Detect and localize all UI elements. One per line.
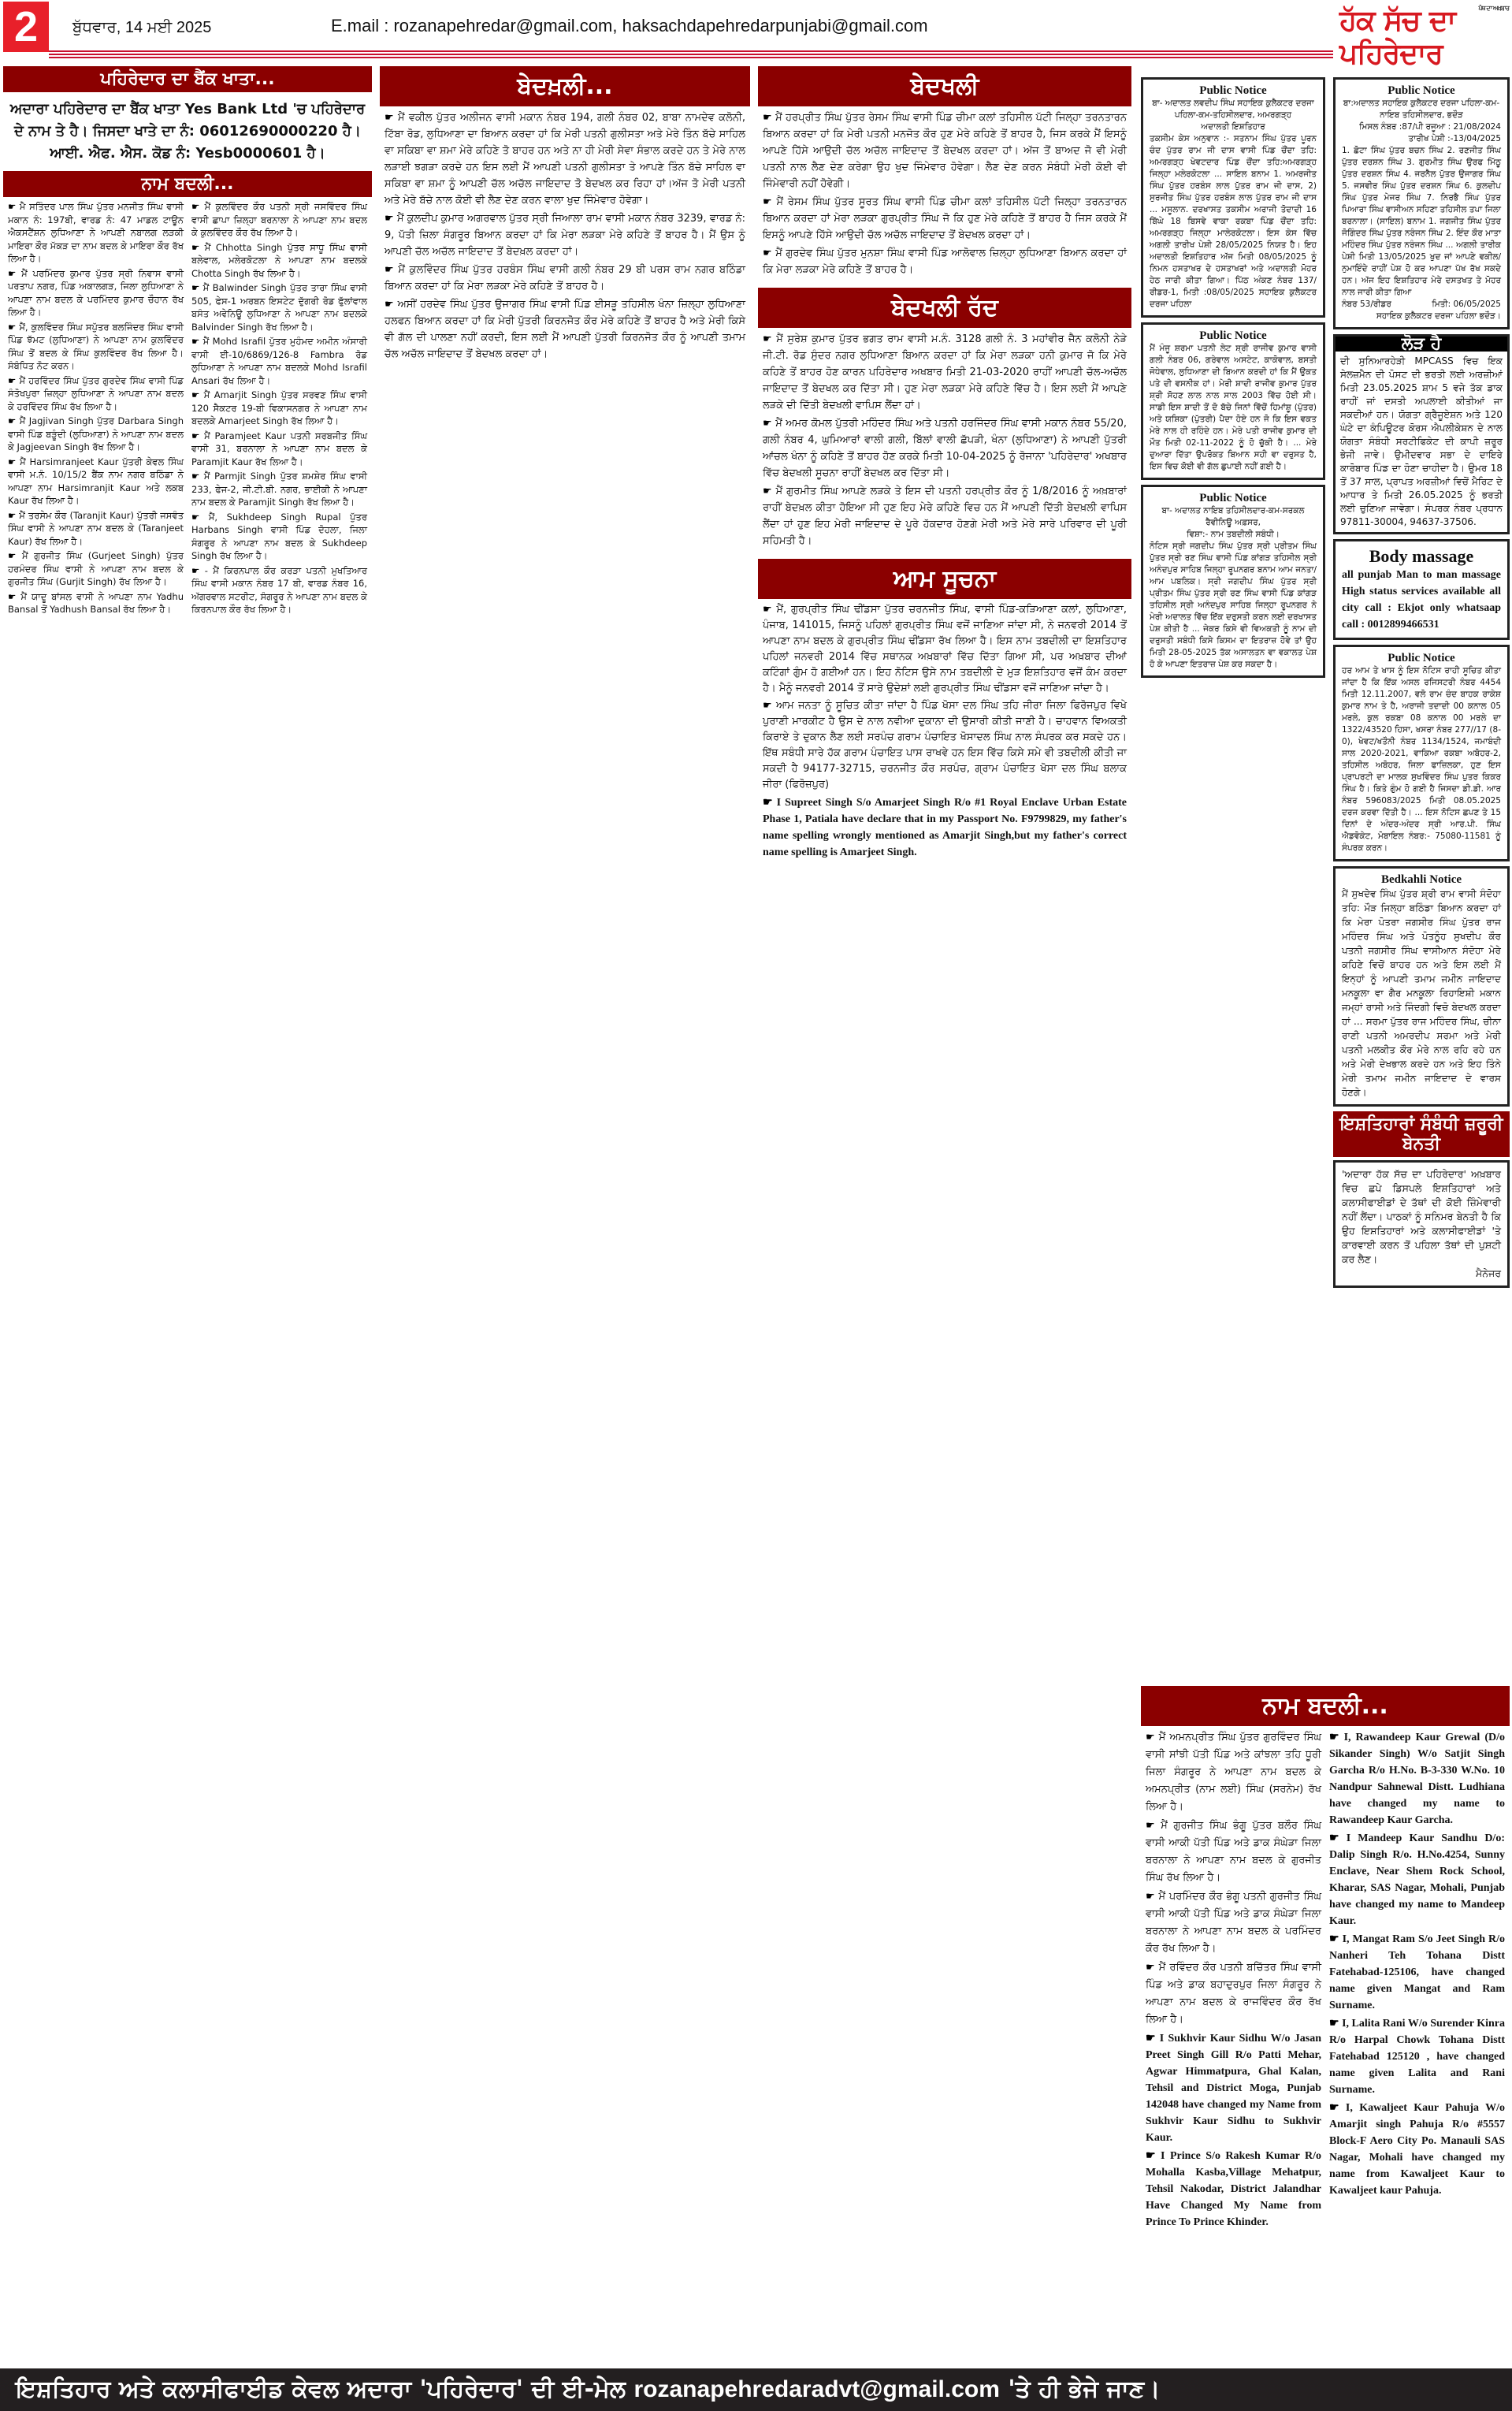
list-item: ਮੈਂ, ਕੁਲਵਿੰਦਰ ਸਿੰਘ ਸਪੁੱਤਰ ਬਲਜਿੰਦਰ ਸਿੰਘ ਵ… xyxy=(8,321,184,373)
list-item: I Sukhvir Kaur Sidhu W/o Jasan Preet Sin… xyxy=(1146,2030,1321,2146)
ad-request-box: 'ਅਦਾਰਾ ਹੱਕ ਸੱਚ ਦਾ ਪਹਿਰੇਦਾਰ' ਅਖ਼ਬਾਰ ਵਿਚ ਛ… xyxy=(1333,1160,1510,1288)
namechange-heading: ਨਾਮ ਬਦਲੀ... xyxy=(3,171,372,197)
ad-title: Body massage xyxy=(1342,546,1501,567)
notice-body: 1. ਛੋਟਾ ਸਿੰਘ ਪੁੱਤਰ ਬਚਨ ਸਿੰਘ 2. ਰਣਜੀਤ ਸਿੰ… xyxy=(1342,145,1501,299)
list-item: ਮੈਂ Mohd Israfil ਪੁੱਤਰ ਮੁਹੰਮਦ ਅਮੀਨ ਅੰਸਾਰ… xyxy=(191,335,367,387)
public-notice-box: Public Notice ਮੈਂ ਮੰਜੂ ਸ਼ਰਮਾ ਪਤਨੀ ਲੇਟ ਸ਼… xyxy=(1141,322,1325,480)
ad-body: all punjab Man to man massage High statu… xyxy=(1342,567,1501,633)
list-item: ਮੈਂ Jagjivan Singh ਪੁੱਤਰ Darbara Singh ਵ… xyxy=(8,415,184,454)
list-item: ਮੈਂ, Sukhdeep Singh Rupal ਪੁੱਤਰ Harbans … xyxy=(191,511,367,563)
public-notice-box: Public Notice ਹਰ ਆਮ ਤੇ ਖਾਸ ਨੂੰ ਇਸ ਨੋਟਿਸ … xyxy=(1333,645,1510,861)
column-ads: Public Notice ਬਾ:ਅਦਾਲਤ ਸਹਾਇਕ ਕੁਲੈਕਟਰ ਦਰਜ… xyxy=(1333,63,1510,1293)
notice-title: Bedkahli Notice xyxy=(1342,873,1501,887)
notice-date: ਮਿਤੀ: 06/05/2025 xyxy=(1432,299,1501,311)
public-notice-box: Public Notice ਬਾ- ਅਦਾਲਤ ਨਾਇਬ ਤਹਿਸੀਲਦਾਰ-ਕ… xyxy=(1141,485,1325,678)
notice-title: Public Notice xyxy=(1342,652,1501,665)
massage-ad: Body massage all punjab Man to man massa… xyxy=(1333,539,1510,640)
list-item: ਮੈਂ Parmjit Singh ਪੁੱਤਰ ਸ਼ਮਸ਼ੇਰ ਸਿੰਘ ਵਾਸ… xyxy=(191,470,367,509)
notice-court: ਬਾ- ਅਦਾਲਤ ਲਵਦੀਪ ਸਿੰਘ ਸਹਾਇਕ ਕੁਲੈਕਟਰ ਦਰਜਾ … xyxy=(1150,98,1317,121)
list-item: ਮੈਂ Balwinder Singh ਪੁੱਤਰ ਤਾਰਾ ਸਿੰਘ ਵਾਸੀ… xyxy=(191,281,367,333)
notice-body: ਮੈਂ ਮੰਜੂ ਸ਼ਰਮਾ ਪਤਨੀ ਲੇਟ ਸ਼੍ਰੀ ਰਾਜੀਵ ਕੁਮਾ… xyxy=(1150,343,1317,473)
list-item: ਮੈ ਸਤਿੰਦਰ ਪਾਲ ਸਿੰਘ ਪੁੱਤਰ ਮਨਜੀਤ ਸਿੰਘ ਵਾਸੀ… xyxy=(8,200,184,266)
notice-signature: ਸਹਾਇਕ ਕੁਲੈਕਟਰ ਦਰਜਾ ਪਹਿਲਾ ਭਦੌੜ। xyxy=(1342,311,1501,322)
notice-body: ਨੋਟਿਸ ਸ੍ਰੀ ਜਗਦੀਪ ਸਿੰਘ ਪੁੱਤਰ ਸ੍ਰੀ ਪ੍ਰੀਤਮ … xyxy=(1150,541,1317,671)
list-item: ਮੈਂ ਗੁਰਮੀਤ ਸਿੰਘ ਆਪਣੇ ਲੜਕੇ ਤੇ ਇਸ ਦੀ ਪਤਨੀ … xyxy=(763,483,1127,549)
list-item: ਮੈਂ ਕੁਲਦੀਪ ਕੁਮਾਰ ਅਗਰਵਾਲ ਪੁੱਤਰ ਸ੍ਰੀ ਜਿਆਲਾ… xyxy=(385,210,745,260)
masthead: 2 ਬੁੱਧਵਾਰ, 14 ਮਈ 2025 E.mail : rozanapeh… xyxy=(0,0,1512,59)
list-item: ਮੈਂ ਗੁਰਜੀਤ ਸਿੰਘ ਭੰਗੂ ਪੁੱਤਰ ਬਲੌਰ ਸਿੰਘ ਵਾਸ… xyxy=(1146,1818,1321,1887)
list-item: ਮੈਂ ਪਰਮਿੰਦਰ ਕੌਰ ਭੰਗੂ ਪਤਨੀ ਗੁਰਜੀਤ ਸਿੰਘ ਵਾ… xyxy=(1146,1888,1321,1958)
header-rule xyxy=(49,50,1333,60)
notice-court: ਬਾ- ਅਦਾਲਤ ਨਾਇਬ ਤਹਿਸੀਲਦਾਰ-ਕਮ-ਸਰਕਲ ਰੈਵੀਨਿਊ… xyxy=(1150,505,1317,529)
list-item: ਮੈਂ ਰਵਿੰਦਰ ਕੌਰ ਪਤਨੀ ਬਚਿੱਤਰ ਸਿੰਘ ਵਾਸੀ ਪਿੰ… xyxy=(1146,1959,1321,2029)
list-item: ਮੈਂ Amarjit Singh ਪੁੱਤਰ ਸਰਵਣ ਸਿੰਘ ਵਾਸੀ 1… xyxy=(191,389,367,428)
bedkahli-notice-box: Bedkahli Notice ਮੈਂ ਸੁਖਦੇਵ ਸਿੰਘ ਪੁੱਤਰ ਸ਼… xyxy=(1333,866,1510,1107)
notice-subtitle: ਅਦਾਲਤੀ ਇਸ਼ਤਿਹਾਰ xyxy=(1150,121,1317,133)
wanted-heading: ਲੋੜ ਹੈ xyxy=(1336,337,1507,352)
public-notice-box: Public Notice ਬਾ:ਅਦਾਲਤ ਸਹਾਇਕ ਕੁਲੈਕਟਰ ਦਰਜ… xyxy=(1333,77,1510,329)
notice-title: Public Notice xyxy=(1342,84,1501,98)
list-item: I, Rawandeep Kaur Grewal (D/o Sikander S… xyxy=(1329,1729,1505,1829)
list-item: ਮੈਂ ਤਰਸੇਮ ਕੌਰ (Taranjit Kaur) ਪੁੱਤਰੀ ਜਸਵ… xyxy=(8,509,184,549)
list-item: ਮੈਂ ਕੁਲਵਿੰਦਰ ਕੌਰ ਪਤਨੀ ਸ੍ਰੀ ਜਸਵਿੰਦਰ ਸਿੰਘ … xyxy=(191,200,367,240)
disinheritance-cancel-heading: ਬੇਦਖਲੀ ਰੱਦ xyxy=(758,288,1131,328)
notice-subtitle: ਵਿਸ਼ਾ:- ਨਾਮ ਤਬਦੀਲੀ ਸਬੰਧੀ। xyxy=(1150,529,1317,541)
list-item: ਮੈਂ ਕੁਲਵਿੰਦਰ ਸਿੰਘ ਪੁੱਤਰ ਹਰਬੰਸ ਸਿੰਘ ਵਾਸੀ … xyxy=(385,262,745,295)
footer-text: ਇਸ਼ਤਿਹਾਰ ਅਤੇ ਕਲਾਸੀਫਾਈਡ ਕੇਵਲ ਅਦਾਰਾ 'ਪਹਿਰੇ… xyxy=(16,2376,626,2403)
column-disinheritance-1: ਬੇਦਖ਼ਲੀ... ਮੈਂ ਵਕੀਲ ਪੁੱਤਰ ਅਲੀਜਨ ਵਾਸੀ ਮਕਾ… xyxy=(380,63,750,364)
footer-suffix: 'ਤੇ ਹੀ ਭੇਜੇ ਜਾਣ। xyxy=(1008,2376,1160,2403)
issue-date: ਬੁੱਧਵਾਰ, 14 ਮਈ 2025 xyxy=(72,19,211,37)
disinheritance-heading: ਬੇਦਖ਼ਲੀ... xyxy=(380,66,750,106)
namechange-heading-2: ਨਾਮ ਬਦਲੀ... xyxy=(1141,1686,1510,1726)
footer-email[interactable]: rozanapehredaradvt@gmail.com xyxy=(634,2376,1000,2402)
list-item: ਮੈਂ ਹਰਵਿੰਦਰ ਸਿੰਘ ਪੁੱਤਰ ਗੁਰਦੇਵ ਸਿੰਘ ਵਾਸੀ … xyxy=(8,374,184,414)
notice-body: ਤਕਸੀਮ ਕੇਸ ਅਨੁਵਾਨ :- ਸਤਨਾਮ ਸਿੰਘ ਪੁੱਤਰ ਪੂਰ… xyxy=(1150,133,1317,311)
list-item: ਮੈਂ Paramjeet Kaur ਪਤਨੀ ਸਰਬਜੀਤ ਸਿੰਘ ਵਾਸੀ… xyxy=(191,430,367,469)
list-item: I, Mangat Ram S/o Jeet Singh R/o Nanheri… xyxy=(1329,1931,1505,2014)
list-item: ਮੈਂ ਯਾਦੂ ਬਾਂਸਲ ਵਾਸੀ ਨੇ ਆਪਣਾ ਨਾਮ Yadhu Ba… xyxy=(8,590,184,616)
namechange-list-left: ਮੈ ਸਤਿੰਦਰ ਪਾਲ ਸਿੰਘ ਪੁੱਤਰ ਮਨਜੀਤ ਸਿੰਘ ਵਾਸੀ… xyxy=(8,200,184,618)
namechange-list-punjabi: ਮੈਂ ਅਮਨਪ੍ਰੀਤ ਸਿੰਘ ਪੁੱਤਰ ਗੁਰਵਿੰਦਰ ਸਿੰਘ ਵਾ… xyxy=(1146,1729,1321,2232)
notice-title: Public Notice xyxy=(1150,492,1317,505)
list-item: - ਮੈਂ ਕਿਰਨਪਾਲ ਕੌਰ ਕਰੜਾ ਪਤਨੀ ਮੁਖਤਿਆਰ ਸਿੰਘ… xyxy=(191,564,367,616)
footer-banner: ਇਸ਼ਤਿਹਾਰ ਅਤੇ ਕਲਾਸੀਫਾਈਡ ਕੇਵਲ ਅਦਾਰਾ 'ਪਹਿਰੇ… xyxy=(0,2368,1512,2411)
notice-body: ਮੈਂ ਸੁਖਦੇਵ ਸਿੰਘ ਪੁੱਤਰ ਸ਼੍ਰੀ ਰਾਮ ਵਾਸੀ ਸੰਦ… xyxy=(1342,887,1501,1099)
public-notice-box: Public Notice ਬਾ- ਅਦਾਲਤ ਲਵਦੀਪ ਸਿੰਘ ਸਹਾਇਕ… xyxy=(1141,77,1325,318)
list-item: ਮੈਂ Harsimranjeet Kaur ਪੁੱਤਰੀ ਕੇਵਲ ਸਿੰਘ … xyxy=(8,456,184,508)
list-item: ਮੈਂ, ਗੁਰਪ੍ਰੀਤ ਸਿੰਘ ਢੀਂਡਸਾ ਪੁੱਤਰ ਚਰਨਜੀਤ ਸ… xyxy=(763,602,1127,697)
list-item: ਅਸੀਂ ਹਰਦੇਵ ਸਿੰਘ ਪੁੱਤਰ ਉਜਾਗਰ ਸਿੰਘ ਵਾਸੀ ਪਿ… xyxy=(385,296,745,363)
column-bank-namechange: ਪਹਿਰੇਦਾਰ ਦਾ ਬੈਂਕ ਖਾਤਾ... ਅਦਾਰਾ ਪਹਿਰੇਦਾਰ … xyxy=(3,63,372,618)
list-item: ਆਮ ਜਨਤਾ ਨੂੰ ਸੂਚਿਤ ਕੀਤਾ ਜਾਂਦਾ ਹੈ ਪਿੰਡ ਖੋਸ… xyxy=(763,698,1127,793)
list-item: ਮੈਂ ਗੁਰਦੇਵ ਸਿੰਘ ਪੁੱਤਰ ਮੁਨਸ਼ਾ ਸਿੰਘ ਵਾਸੀ ਪ… xyxy=(763,245,1127,278)
namechange-bottom-section: ਨਾਮ ਬਦਲੀ... ਮੈਂ ਅਮਨਪ੍ਰੀਤ ਸਿੰਘ ਪੁੱਤਰ ਗੁਰਵ… xyxy=(1141,1683,1510,2232)
logo-text: ਹੱਕ ਸੱਚ ਦਾ ਪਹਿਰੇਦਾਰ xyxy=(1339,5,1455,70)
logo-tagline: ਪੰਥ ਦਾ ਅਖ਼ਬਾਰ xyxy=(1478,5,1509,13)
newspaper-logo: ਹੱਕ ਸੱਚ ਦਾ ਪਹਿਰੇਦਾਰ ਪੰਥ ਦਾ ਅਖ਼ਬਾਰ xyxy=(1339,5,1509,52)
column-disinheritance-2: ਬੇਦਖਲੀ ਮੈਂ ਹਰਪ੍ਰੀਤ ਸਿੰਘ ਪੁੱਤਰ ਰੇਸਮ ਸਿੰਘ … xyxy=(758,63,1131,862)
list-item: ਮੈਂ ਪਰਮਿੰਦਰ ਕੁਮਾਰ ਪੁੱਤਰ ਸ੍ਰੀ ਨਿਵਾਸ ਵਾਸੀ … xyxy=(8,267,184,319)
ad-request-heading: ਇਸ਼ਤਿਹਾਰਾਂ ਸੰਬੰਧੀ ਜ਼ਰੂਰੀ ਬੇਨਤੀ xyxy=(1333,1111,1510,1157)
list-item: I Supreet Singh S/o Amarjeet Singh R/o #… xyxy=(763,794,1127,861)
list-item: ਮੈਂ ਗੁਰਜੀਤ ਸਿੰਘ (Gurjeet Singh) ਪੁੱਤਰ ਹਰ… xyxy=(8,549,184,589)
notice-meta: ਮਿਸਲ ਨੰਬਰ :87/ਪੀ ਰਜੂਆ : 21/08/2024 ਤਾਰੀਖ… xyxy=(1342,121,1501,145)
column-public-notices: Public Notice ਬਾ- ਅਦਾਲਤ ਲਵਦੀਪ ਸਿੰਘ ਸਹਾਇਕ… xyxy=(1141,63,1325,683)
contact-email[interactable]: E.mail : rozanapehredar@gmail.com, haksa… xyxy=(331,16,928,36)
disinheritance-heading-2: ਬੇਦਖਲੀ xyxy=(758,66,1131,106)
namechange-list-english: I, Rawandeep Kaur Grewal (D/o Sikander S… xyxy=(1329,1729,1505,2232)
ad-request-signature: ਮੈਨੇਜਰ xyxy=(1342,1267,1501,1281)
list-item: ਮੈਂ ਅਮਨਪ੍ਰੀਤ ਸਿੰਘ ਪੁੱਤਰ ਗੁਰਵਿੰਦਰ ਸਿੰਘ ਵਾ… xyxy=(1146,1729,1321,1816)
page-number: 2 xyxy=(3,2,49,52)
list-item: I Mandeep Kaur Sandhu D/o: Dalip Singh R… xyxy=(1329,1830,1505,1929)
list-item: ਮੈਂ ਅਮਰ ਕੋਮਲ ਪੁੱਤਰੀ ਮਹਿੰਦਰ ਸਿੰਘ ਅਤੇ ਪਤਨੀ… xyxy=(763,415,1127,482)
notice-court: ਬਾ:ਅਦਾਲਤ ਸਹਾਇਕ ਕੁਲੈਕਟਰ ਦਰਜਾ ਪਹਿਲਾ-ਕਮ-ਨਾਇ… xyxy=(1342,98,1501,121)
ad-request-body: 'ਅਦਾਰਾ ਹੱਕ ਸੱਚ ਦਾ ਪਹਿਰੇਦਾਰ' ਅਖ਼ਬਾਰ ਵਿਚ ਛ… xyxy=(1342,1167,1501,1267)
list-item: I Prince S/o Rakesh Kumar R/o Mohalla Ka… xyxy=(1146,2148,1321,2231)
list-item: I, Lalita Rani W/o Surender Kinra R/o Ha… xyxy=(1329,2015,1505,2098)
general-notice-heading: ਆਮ ਸੂਚਨਾ xyxy=(758,559,1131,599)
list-item: ਮੈਂ ਰੇਸਮ ਸਿੰਘ ਪੁੱਤਰ ਸੂਰਤ ਸਿੰਘ ਵਾਸੀ ਪਿੰਡ … xyxy=(763,194,1127,244)
bank-account-text: ਅਦਾਰਾ ਪਹਿਰੇਦਾਰ ਦਾ ਬੈਂਕ ਖਾਤਾ Yes Bank Ltd… xyxy=(3,95,372,168)
bank-account-heading: ਪਹਿਰੇਦਾਰ ਦਾ ਬੈਂਕ ਖਾਤਾ... xyxy=(3,66,372,92)
wanted-body: ਦੀ ਸੁਨਿਆਰਹੇੜੀ MPCASS ਵਿਚ ਇਕ ਸੇਲਜ਼ਮੈਨ ਦੀ … xyxy=(1336,352,1507,532)
notice-title: Public Notice xyxy=(1150,329,1317,343)
list-item: ਮੈਂ ਹਰਪ੍ਰੀਤ ਸਿੰਘ ਪੁੱਤਰ ਰੇਸਮ ਸਿੰਘ ਵਾਸੀ ਪਿ… xyxy=(763,110,1127,192)
list-item: ਮੈਂ ਸੁਰੇਸ਼ ਕੁਮਾਰ ਪੁੱਤਰ ਭਗਤ ਰਾਮ ਵਾਸੀ ਮ.ਨੰ… xyxy=(763,331,1127,414)
namechange-list-right: ਮੈਂ ਕੁਲਵਿੰਦਰ ਕੌਰ ਪਤਨੀ ਸ੍ਰੀ ਜਸਵਿੰਦਰ ਸਿੰਘ … xyxy=(191,200,367,618)
notice-number: ਨੰਬਰ 53/ਰੀਡਰ xyxy=(1342,299,1391,311)
notice-title: Public Notice xyxy=(1150,84,1317,98)
wanted-ad: ਲੋੜ ਹੈ ਦੀ ਸੁਨਿਆਰਹੇੜੀ MPCASS ਵਿਚ ਇਕ ਸੇਲਜ਼… xyxy=(1333,334,1510,534)
list-item: ਮੈਂ ਵਕੀਲ ਪੁੱਤਰ ਅਲੀਜਨ ਵਾਸੀ ਮਕਾਨ ਨੰਬਰ 194,… xyxy=(385,110,745,209)
notice-body: ਹਰ ਆਮ ਤੇ ਖਾਸ ਨੂੰ ਇਸ ਨੋਟਿਸ ਰਾਹੀ ਸੂਚਿਤ ਕੀਤ… xyxy=(1342,665,1501,854)
list-item: ਮੈਂ Chhotta Singh ਪੁੱਤਰ ਸਾਧੂ ਸਿੰਘ ਵਾਸੀ ਬ… xyxy=(191,241,367,281)
list-item: I, Kawaljeet Kaur Pahuja W/o Amarjit sin… xyxy=(1329,2100,1505,2199)
